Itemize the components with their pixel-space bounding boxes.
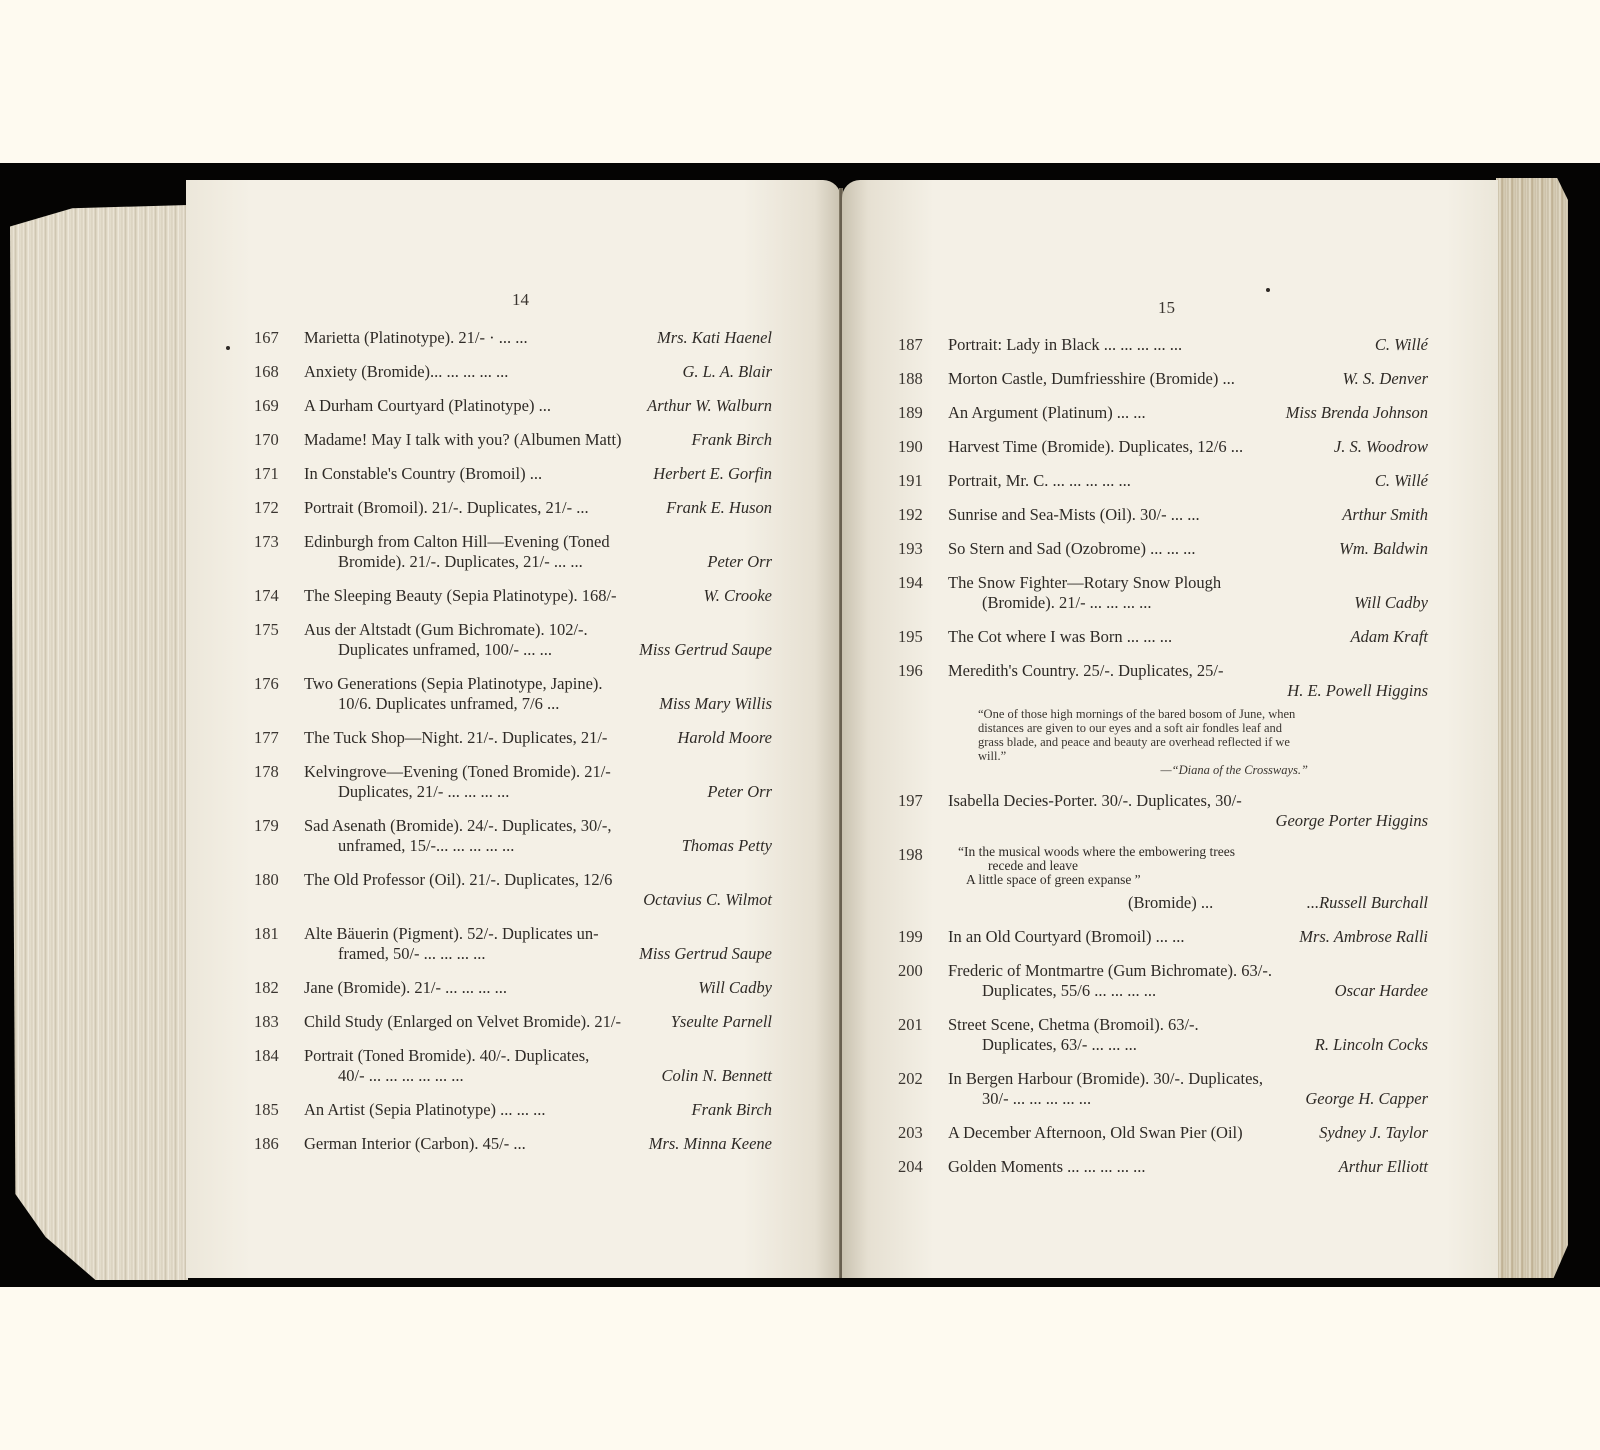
entry-number: 179 [254, 816, 294, 836]
entry-body: Kelvingrove—Evening (Toned Bromide). 21/… [304, 762, 772, 802]
entry-line: Child Study (Enlarged on Velvet Bromide)… [304, 1012, 772, 1032]
entry-line: Two Generations (Sepia Platinotype, Japi… [304, 674, 772, 694]
entry-title-text: Meredith's Country. 25/-. Duplicates, 25… [948, 661, 1223, 681]
entry-line: H. E. Powell Higgins [948, 681, 1428, 701]
entry-number: 200 [898, 961, 938, 981]
catalogue-entry: 168Anxiety (Bromide)... ... ... ... ...G… [254, 362, 772, 382]
catalogue-entry: 182Jane (Bromide). 21/- ... ... ... ...W… [254, 978, 772, 998]
catalogue-entry: 199In an Old Courtyard (Bromoil) ... ...… [898, 927, 1428, 947]
entry-line: Jane (Bromide). 21/- ... ... ... ...Will… [304, 978, 772, 998]
entry-number: 188 [898, 369, 938, 389]
entry-title-text: Harvest Time (Bromide). Duplicates, 12/6… [948, 437, 1243, 457]
catalogue-entry: 204Golden Moments ... ... ... ... ...Art… [898, 1157, 1428, 1177]
entry-line: The Old Professor (Oil). 21/-. Duplicate… [304, 870, 772, 890]
entry-line: Anxiety (Bromide)... ... ... ... ...G. L… [304, 362, 772, 382]
entry-author: Peter Orr [707, 782, 772, 802]
entry-number: 202 [898, 1069, 938, 1089]
entry-number: 189 [898, 403, 938, 423]
entry-title-text: 30/- ... ... ... ... ... [982, 1089, 1091, 1109]
entry-line: unframed, 15/-... ... ... ... ...Thomas … [304, 836, 772, 856]
entry-body: Child Study (Enlarged on Velvet Bromide)… [304, 1012, 772, 1032]
entry-number: 175 [254, 620, 294, 640]
entry-line: Street Scene, Chetma (Bromoil). 63/-. [948, 1015, 1428, 1035]
ink-speck [1266, 288, 1270, 292]
verse-line: recede and leave [948, 859, 1428, 873]
entry-title-text: Child Study (Enlarged on Velvet Bromide)… [304, 1012, 621, 1032]
entry-line: Octavius C. Wilmot [304, 890, 772, 910]
entry-line: In Constable's Country (Bromoil) ...Herb… [304, 464, 772, 484]
entry-number: 191 [898, 471, 938, 491]
entry-title-text: Sad Asenath (Bromide). 24/-. Duplicates,… [304, 816, 611, 836]
entry-title-text: A December Afternoon, Old Swan Pier (Oil… [948, 1123, 1243, 1143]
entry-line: Bromide). 21/-. Duplicates, 21/- ... ...… [304, 552, 772, 572]
entry-body: Sad Asenath (Bromide). 24/-. Duplicates,… [304, 816, 772, 856]
entry-body: In an Old Courtyard (Bromoil) ... ...Mrs… [948, 927, 1428, 947]
catalogue-entry: 178Kelvingrove—Evening (Toned Bromide). … [254, 762, 772, 802]
entry-body: “In the musical woods where the emboweri… [948, 845, 1428, 913]
entry-author: Arthur Elliott [1339, 1157, 1428, 1177]
catalogue-entry: 181Alte Bäuerin (Pigment). 52/-. Duplica… [254, 924, 772, 964]
entry-number: 203 [898, 1123, 938, 1143]
entry-body: Aus der Altstadt (Gum Bichromate). 102/-… [304, 620, 772, 660]
entry-title-text: Duplicates unframed, 100/- ... ... [338, 640, 552, 660]
entry-number: 181 [254, 924, 294, 944]
entry-body: Portrait (Bromoil). 21/-. Duplicates, 21… [304, 498, 772, 518]
entry-title-text: A Durham Courtyard (Platinotype) ... [304, 396, 551, 416]
entry-line: The Cot where I was Born ... ... ...Adam… [948, 627, 1428, 647]
entry-body: In Constable's Country (Bromoil) ...Herb… [304, 464, 772, 484]
entry-number: 171 [254, 464, 294, 484]
entry-title-text: In Constable's Country (Bromoil) ... [304, 464, 542, 484]
entry-line: Sad Asenath (Bromide). 24/-. Duplicates,… [304, 816, 772, 836]
catalogue-entry: 196Meredith's Country. 25/-. Duplicates,… [898, 661, 1428, 777]
catalogue-entry: 175Aus der Altstadt (Gum Bichromate). 10… [254, 620, 772, 660]
right-page-stack-edge [1496, 178, 1568, 1278]
catalogue-entry: 200Frederic of Montmartre (Gum Bichromat… [898, 961, 1428, 1001]
catalogue-entry: 187Portrait: Lady in Black ... ... ... .… [898, 335, 1428, 355]
entry-author: Oscar Hardee [1335, 981, 1428, 1001]
entry-author: Miss Brenda Johnson [1286, 403, 1428, 423]
entry-title-text: Aus der Altstadt (Gum Bichromate). 102/-… [304, 620, 588, 640]
entry-title-text: So Stern and Sad (Ozobrome) ... ... ... [948, 539, 1195, 559]
entry-author: Frank Birch [692, 1100, 773, 1120]
right-page: 15 187Portrait: Lady in Black ... ... ..… [842, 180, 1498, 1278]
entry-line: In Bergen Harbour (Bromide). 30/-. Dupli… [948, 1069, 1428, 1089]
entry-body: Edinburgh from Calton Hill—Evening (Tone… [304, 532, 772, 572]
entry-author: Miss Gertrud Saupe [639, 640, 772, 660]
entry-body: Frederic of Montmartre (Gum Bichromate).… [948, 961, 1428, 1001]
entry-number: 194 [898, 573, 938, 593]
catalogue-entry: 198“In the musical woods where the embow… [898, 845, 1428, 913]
entry-author: Octavius C. Wilmot [643, 890, 772, 910]
catalogue-entry: 194The Snow Fighter—Rotary Snow Plough(B… [898, 573, 1428, 613]
entry-author: Arthur W. Walburn [647, 396, 772, 416]
page-number: 14 [512, 290, 529, 310]
entry-number: 178 [254, 762, 294, 782]
entry-title-text: Anxiety (Bromide)... ... ... ... ... [304, 362, 508, 382]
entry-body: The Old Professor (Oil). 21/-. Duplicate… [304, 870, 772, 910]
catalogue-entries-left: 167Marietta (Platinotype). 21/- · ... ..… [254, 328, 772, 1168]
entry-line: Meredith's Country. 25/-. Duplicates, 25… [948, 661, 1428, 681]
entry-line: (Bromide). 21/- ... ... ... ...Will Cadb… [948, 593, 1428, 613]
entry-line: 10/6. Duplicates unframed, 7/6 ...Miss M… [304, 694, 772, 714]
entry-line: (Bromide) ......Russell Burchall [948, 893, 1428, 913]
entry-title-text: German Interior (Carbon). 45/- ... [304, 1134, 526, 1154]
entry-title-text: Duplicates, 21/- ... ... ... ... [338, 782, 509, 802]
entry-title-text: Portrait (Toned Bromide). 40/-. Duplicat… [304, 1046, 589, 1066]
entry-number: 195 [898, 627, 938, 647]
entry-line: Harvest Time (Bromide). Duplicates, 12/6… [948, 437, 1428, 457]
literary-quote: “One of those high mornings of the bared… [978, 707, 1308, 777]
entry-author: W. Crooke [704, 586, 772, 606]
entry-body: The Snow Fighter—Rotary Snow Plough(Brom… [948, 573, 1428, 613]
entry-author: ...Russell Burchall [1307, 893, 1428, 913]
entry-number: 182 [254, 978, 294, 998]
catalogue-entry: 170Madame! May I talk with you? (Albumen… [254, 430, 772, 450]
entry-line: Golden Moments ... ... ... ... ...Arthur… [948, 1157, 1428, 1177]
entry-body: German Interior (Carbon). 45/- ...Mrs. M… [304, 1134, 772, 1154]
page-number: 15 [1158, 298, 1175, 318]
entry-line: A December Afternoon, Old Swan Pier (Oil… [948, 1123, 1428, 1143]
entry-line: Edinburgh from Calton Hill—Evening (Tone… [304, 532, 772, 552]
catalogue-entry: 203A December Afternoon, Old Swan Pier (… [898, 1123, 1428, 1143]
entry-line: The Sleeping Beauty (Sepia Platinotype).… [304, 586, 772, 606]
entry-title-text: Edinburgh from Calton Hill—Evening (Tone… [304, 532, 610, 552]
entry-line: Marietta (Platinotype). 21/- · ... ...Mr… [304, 328, 772, 348]
entry-title-text: Bromide). 21/-. Duplicates, 21/- ... ... [338, 552, 583, 572]
entry-number: 190 [898, 437, 938, 457]
entry-number: 196 [898, 661, 938, 681]
entry-number: 186 [254, 1134, 294, 1154]
entry-author: Mrs. Ambrose Ralli [1299, 927, 1428, 947]
catalogue-entry: 171In Constable's Country (Bromoil) ...H… [254, 464, 772, 484]
entry-line: 40/- ... ... ... ... ... ...Colin N. Ben… [304, 1066, 772, 1086]
entry-title-text: 40/- ... ... ... ... ... ... [338, 1066, 464, 1086]
entry-line: framed, 50/- ... ... ... ...Miss Gertrud… [304, 944, 772, 964]
entry-body: The Cot where I was Born ... ... ...Adam… [948, 627, 1428, 647]
entry-body: Marietta (Platinotype). 21/- · ... ...Mr… [304, 328, 772, 348]
catalogue-entry: 185An Artist (Sepia Platinotype) ... ...… [254, 1100, 772, 1120]
entry-body: Alte Bäuerin (Pigment). 52/-. Duplicates… [304, 924, 772, 964]
entry-number: 170 [254, 430, 294, 450]
entry-line: George Porter Higgins [948, 811, 1428, 831]
entry-author: Thomas Petty [682, 836, 772, 856]
entry-title-text: Sunrise and Sea-Mists (Oil). 30/- ... ..… [948, 505, 1200, 525]
entry-author: Colin N. Bennett [662, 1066, 772, 1086]
entry-title-text: An Artist (Sepia Platinotype) ... ... ..… [304, 1100, 546, 1120]
entry-author: H. E. Powell Higgins [1287, 681, 1428, 701]
entry-number: 197 [898, 791, 938, 811]
entry-line: Portrait: Lady in Black ... ... ... ... … [948, 335, 1428, 355]
entry-body: An Argument (Platinum) ... ...Miss Brend… [948, 403, 1428, 423]
entry-title-text: 10/6. Duplicates unframed, 7/6 ... [338, 694, 559, 714]
entry-title-text: unframed, 15/-... ... ... ... ... [338, 836, 514, 856]
entry-body: Street Scene, Chetma (Bromoil). 63/-.Dup… [948, 1015, 1428, 1055]
entry-title-text: Golden Moments ... ... ... ... ... [948, 1157, 1146, 1177]
entry-body: An Artist (Sepia Platinotype) ... ... ..… [304, 1100, 772, 1120]
entry-number: 201 [898, 1015, 938, 1035]
entry-title-text: Two Generations (Sepia Platinotype, Japi… [304, 674, 603, 694]
entry-number: 174 [254, 586, 294, 606]
catalogue-entry: 189An Argument (Platinum) ... ...Miss Br… [898, 403, 1428, 423]
entry-number: 173 [254, 532, 294, 552]
entry-title-text: In an Old Courtyard (Bromoil) ... ... [948, 927, 1184, 947]
entry-line: Portrait, Mr. C. ... ... ... ... ...C. W… [948, 471, 1428, 491]
entry-number: 193 [898, 539, 938, 559]
entry-body: So Stern and Sad (Ozobrome) ... ... ...W… [948, 539, 1428, 559]
entry-body: Isabella Decies-Porter. 30/-. Duplicates… [948, 791, 1428, 831]
entry-line: An Argument (Platinum) ... ...Miss Brend… [948, 403, 1428, 423]
entry-line: German Interior (Carbon). 45/- ...Mrs. M… [304, 1134, 772, 1154]
quote-text: “One of those high mornings of the bared… [978, 707, 1308, 763]
entry-line: So Stern and Sad (Ozobrome) ... ... ...W… [948, 539, 1428, 559]
entry-body: Portrait (Toned Bromide). 40/-. Duplicat… [304, 1046, 772, 1086]
entry-title-text: Portrait, Mr. C. ... ... ... ... ... [948, 471, 1131, 491]
entry-author: Frank Birch [692, 430, 773, 450]
entry-title-text: Duplicates, 63/- ... ... ... [982, 1035, 1137, 1055]
entry-title-text: (Bromide). 21/- ... ... ... ... [982, 593, 1152, 613]
entry-number: 177 [254, 728, 294, 748]
verse-line: “In the musical woods where the emboweri… [948, 845, 1428, 859]
entry-line: Portrait (Bromoil). 21/-. Duplicates, 21… [304, 498, 772, 518]
entry-author: Sydney J. Taylor [1319, 1123, 1428, 1143]
entry-body: Golden Moments ... ... ... ... ...Arthur… [948, 1157, 1428, 1177]
entry-author: George H. Capper [1305, 1089, 1428, 1109]
entry-number: 183 [254, 1012, 294, 1032]
entry-author: Will Cadby [1354, 593, 1428, 613]
entry-author: Wm. Baldwin [1339, 539, 1428, 559]
entry-body: Jane (Bromide). 21/- ... ... ... ...Will… [304, 978, 772, 998]
entry-author: Mrs. Minna Keene [649, 1134, 772, 1154]
catalogue-entry: 188Morton Castle, Dumfriesshire (Bromide… [898, 369, 1428, 389]
entry-line: Duplicates, 63/- ... ... ...R. Lincoln C… [948, 1035, 1428, 1055]
entry-line: 30/- ... ... ... ... ...George H. Capper [948, 1089, 1428, 1109]
ink-speck [226, 346, 230, 350]
entry-title-text: The Sleeping Beauty (Sepia Platinotype).… [304, 586, 617, 606]
entry-number: 184 [254, 1046, 294, 1066]
entry-title-text: Street Scene, Chetma (Bromoil). 63/-. [948, 1015, 1199, 1035]
entry-body: Sunrise and Sea-Mists (Oil). 30/- ... ..… [948, 505, 1428, 525]
entry-title-text: Jane (Bromide). 21/- ... ... ... ... [304, 978, 507, 998]
quote-source: —“Diana of the Crossways.” [978, 763, 1308, 777]
entry-line: In an Old Courtyard (Bromoil) ... ...Mrs… [948, 927, 1428, 947]
catalogue-entry: 172Portrait (Bromoil). 21/-. Duplicates,… [254, 498, 772, 518]
entry-title-text: Morton Castle, Dumfriesshire (Bromide) .… [948, 369, 1235, 389]
entry-line: The Tuck Shop—Night. 21/-. Duplicates, 2… [304, 728, 772, 748]
entry-line: Kelvingrove—Evening (Toned Bromide). 21/… [304, 762, 772, 782]
entry-author: G. L. A. Blair [682, 362, 772, 382]
entry-line: Alte Bäuerin (Pigment). 52/-. Duplicates… [304, 924, 772, 944]
entry-author: W. S. Denver [1342, 369, 1428, 389]
entry-number: 180 [254, 870, 294, 890]
entry-body: Anxiety (Bromide)... ... ... ... ...G. L… [304, 362, 772, 382]
entry-author: Will Cadby [698, 978, 772, 998]
entry-body: In Bergen Harbour (Bromide). 30/-. Dupli… [948, 1069, 1428, 1109]
entry-author: Miss Mary Willis [659, 694, 772, 714]
entry-number: 185 [254, 1100, 294, 1120]
catalogue-entry: 169A Durham Courtyard (Platinotype) ...A… [254, 396, 772, 416]
entry-author: Peter Orr [707, 552, 772, 572]
left-page-stack-edge [10, 205, 188, 1280]
catalogue-entry: 180The Old Professor (Oil). 21/-. Duplic… [254, 870, 772, 910]
entry-body: A Durham Courtyard (Platinotype) ...Arth… [304, 396, 772, 416]
catalogue-entry: 197Isabella Decies-Porter. 30/-. Duplica… [898, 791, 1428, 831]
entry-title-text: Frederic of Montmartre (Gum Bichromate).… [948, 961, 1272, 981]
entry-number: 192 [898, 505, 938, 525]
entry-title-text: Portrait (Bromoil). 21/-. Duplicates, 21… [304, 498, 589, 518]
entry-title-text: Madame! May I talk with you? (Albumen Ma… [304, 430, 622, 450]
entry-line: Duplicates, 21/- ... ... ... ...Peter Or… [304, 782, 772, 802]
entry-title-text: Marietta (Platinotype). 21/- · ... ... [304, 328, 528, 348]
catalogue-entry: 176Two Generations (Sepia Platinotype, J… [254, 674, 772, 714]
catalogue-entry: 167Marietta (Platinotype). 21/- · ... ..… [254, 328, 772, 348]
entry-title-text: Portrait: Lady in Black ... ... ... ... … [948, 335, 1182, 355]
entry-title-text: framed, 50/- ... ... ... ... [338, 944, 486, 964]
catalogue-entry: 184Portrait (Toned Bromide). 40/-. Dupli… [254, 1046, 772, 1086]
entry-author: R. Lincoln Cocks [1315, 1035, 1428, 1055]
catalogue-entry: 179Sad Asenath (Bromide). 24/-. Duplicat… [254, 816, 772, 856]
entry-author: Frank E. Huson [666, 498, 772, 518]
entry-line: Frederic of Montmartre (Gum Bichromate).… [948, 961, 1428, 981]
entry-number: 187 [898, 335, 938, 355]
entry-title-text: Duplicates, 55/6 ... ... ... ... [982, 981, 1156, 1001]
entry-line: Sunrise and Sea-Mists (Oil). 30/- ... ..… [948, 505, 1428, 525]
catalogue-entry: 177The Tuck Shop—Night. 21/-. Duplicates… [254, 728, 772, 748]
entry-number: 199 [898, 927, 938, 947]
catalogue-entry: 191Portrait, Mr. C. ... ... ... ... ...C… [898, 471, 1428, 491]
entry-title-text: The Cot where I was Born ... ... ... [948, 627, 1172, 647]
entry-author: C. Willé [1375, 471, 1428, 491]
entry-line: Duplicates unframed, 100/- ... ...Miss G… [304, 640, 772, 660]
catalogue-entry: 173Edinburgh from Calton Hill—Evening (T… [254, 532, 772, 572]
entry-title-text: The Tuck Shop—Night. 21/-. Duplicates, 2… [304, 728, 607, 748]
entry-line: Madame! May I talk with you? (Albumen Ma… [304, 430, 772, 450]
catalogue-entry: 190Harvest Time (Bromide). Duplicates, 1… [898, 437, 1428, 457]
entry-author: J. S. Woodrow [1334, 437, 1428, 457]
entry-number: 198 [898, 845, 938, 865]
catalogue-entry: 195The Cot where I was Born ... ... ...A… [898, 627, 1428, 647]
entry-number: 167 [254, 328, 294, 348]
catalogue-entry: 183Child Study (Enlarged on Velvet Bromi… [254, 1012, 772, 1032]
entry-number: 168 [254, 362, 294, 382]
catalogue-entry: 201Street Scene, Chetma (Bromoil). 63/-.… [898, 1015, 1428, 1055]
entry-body: The Tuck Shop—Night. 21/-. Duplicates, 2… [304, 728, 772, 748]
entry-body: Two Generations (Sepia Platinotype, Japi… [304, 674, 772, 714]
entry-number: 204 [898, 1157, 938, 1177]
entry-title-text: An Argument (Platinum) ... ... [948, 403, 1146, 423]
entry-author: Miss Gertrud Saupe [639, 944, 772, 964]
catalogue-entries-right: 187Portrait: Lady in Black ... ... ... .… [898, 335, 1428, 1191]
catalogue-entry: 192Sunrise and Sea-Mists (Oil). 30/- ...… [898, 505, 1428, 525]
entry-line: Portrait (Toned Bromide). 40/-. Duplicat… [304, 1046, 772, 1066]
left-page: 14 167Marietta (Platinotype). 21/- · ...… [186, 180, 841, 1278]
entry-author: C. Willé [1375, 335, 1428, 355]
entry-body: Madame! May I talk with you? (Albumen Ma… [304, 430, 772, 450]
entry-author: George Porter Higgins [1276, 811, 1428, 831]
catalogue-entry: 193So Stern and Sad (Ozobrome) ... ... .… [898, 539, 1428, 559]
entry-author: Herbert E. Gorfin [653, 464, 772, 484]
entry-body: Portrait: Lady in Black ... ... ... ... … [948, 335, 1428, 355]
entry-body: The Sleeping Beauty (Sepia Platinotype).… [304, 586, 772, 606]
entry-number: 169 [254, 396, 294, 416]
verse-line: A little space of green expanse ” [948, 873, 1428, 887]
entry-title-text: In Bergen Harbour (Bromide). 30/-. Dupli… [948, 1069, 1263, 1089]
entry-line: A Durham Courtyard (Platinotype) ...Arth… [304, 396, 772, 416]
entry-title-text: Alte Bäuerin (Pigment). 52/-. Duplicates… [304, 924, 599, 944]
entry-author: Adam Kraft [1351, 627, 1428, 647]
entry-line: Aus der Altstadt (Gum Bichromate). 102/-… [304, 620, 772, 640]
entry-title-text: The Snow Fighter—Rotary Snow Plough [948, 573, 1221, 593]
entry-body: Harvest Time (Bromide). Duplicates, 12/6… [948, 437, 1428, 457]
entry-body: Morton Castle, Dumfriesshire (Bromide) .… [948, 369, 1428, 389]
entry-title-text: Kelvingrove—Evening (Toned Bromide). 21/… [304, 762, 611, 782]
entry-author: Mrs. Kati Haenel [657, 328, 772, 348]
entry-body: A December Afternoon, Old Swan Pier (Oil… [948, 1123, 1428, 1143]
entry-author: Harold Moore [677, 728, 772, 748]
entry-author: Yseulte Parnell [671, 1012, 772, 1032]
entry-line: Duplicates, 55/6 ... ... ... ...Oscar Ha… [948, 981, 1428, 1001]
entry-title-text: The Old Professor (Oil). 21/-. Duplicate… [304, 870, 612, 890]
entry-line: Isabella Decies-Porter. 30/-. Duplicates… [948, 791, 1428, 811]
entry-number: 172 [254, 498, 294, 518]
entry-line: Morton Castle, Dumfriesshire (Bromide) .… [948, 369, 1428, 389]
catalogue-entry: 174The Sleeping Beauty (Sepia Platinotyp… [254, 586, 772, 606]
entry-title-text: Isabella Decies-Porter. 30/-. Duplicates… [948, 791, 1242, 811]
entry-number: 176 [254, 674, 294, 694]
entry-body: Portrait, Mr. C. ... ... ... ... ...C. W… [948, 471, 1428, 491]
entry-line: An Artist (Sepia Platinotype) ... ... ..… [304, 1100, 772, 1120]
entry-title-text: (Bromide) ... [1128, 893, 1213, 913]
entry-author: Arthur Smith [1342, 505, 1428, 525]
catalogue-entry: 186German Interior (Carbon). 45/- ...Mrs… [254, 1134, 772, 1154]
catalogue-entry: 202In Bergen Harbour (Bromide). 30/-. Du… [898, 1069, 1428, 1109]
entry-body: Meredith's Country. 25/-. Duplicates, 25… [948, 661, 1428, 777]
entry-line: The Snow Fighter—Rotary Snow Plough [948, 573, 1428, 593]
